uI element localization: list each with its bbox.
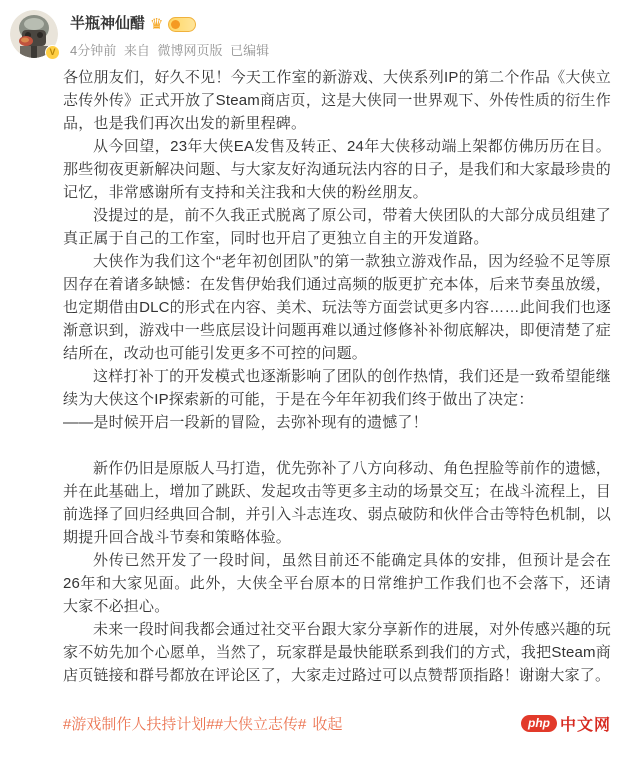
post-header: V 半瓶神仙醋 ♛ 4分钟前 来自 微博网页版 已编辑 <box>10 10 608 59</box>
post-paragraph: 没提过的是，前不久我正式脱离了原公司，带着大侠团队的大部分成员组建了真正属于自己… <box>63 204 611 250</box>
post-paragraph: 这样打补丁的开发模式也逐渐影响了团队的创作热情，我们还是一致希望能继续为大侠这个… <box>63 365 611 411</box>
hashtag-row: #游戏制作人扶持计划##大侠立志传#收起 <box>63 713 342 734</box>
post-meta: 4分钟前 来自 微博网页版 已编辑 <box>70 40 273 59</box>
post-paragraph: 从今回望，23年大侠EA发售及转正、24年大侠移动端上架都仿佛历历在目。那些彻夜… <box>63 135 611 204</box>
post-paragraph: ——是时候开启一段新的冒险，去弥补现有的遗憾了！ <box>63 411 611 434</box>
vip-level-badge-icon[interactable] <box>168 17 196 32</box>
timestamp[interactable]: 4分钟前 <box>70 43 116 58</box>
header-main: 半瓶神仙醋 ♛ 4分钟前 来自 微博网页版 已编辑 <box>70 10 273 59</box>
post-source[interactable]: 微博网页版 <box>158 43 223 58</box>
weibo-post-card: V 半瓶神仙醋 ♛ 4分钟前 来自 微博网页版 已编辑 各位朋友们，好久不见！今… <box>0 0 622 735</box>
php-cn-watermark: php 中文网 <box>521 712 611 735</box>
hashtag-link[interactable]: #游戏制作人扶持计划# <box>63 716 215 733</box>
edited-label: 已编辑 <box>230 43 269 58</box>
crown-icon: ♛ <box>150 17 163 32</box>
php-logo-icon: php <box>521 715 557 732</box>
post-paragraph: 新作仍旧是原版人马打造，优先弥补了八方向移动、角色捏脸等前作的遗憾，并在此基础上… <box>63 457 611 549</box>
verified-badge-icon: V <box>45 45 60 60</box>
post-paragraph: 大侠作为我们这个“老年初创团队”的第一款独立游戏作品，因为经验不足等原因存在着诸… <box>63 250 611 365</box>
post-paragraph: 外传已然开发了一段时间，虽然目前还不能确定具体的安排，但预计是会在26年和大家见… <box>63 549 611 618</box>
post-paragraph: 各位朋友们，好久不见！今天工作室的新游戏、大侠系列IP的第二个作品《大侠立志传外… <box>63 66 611 135</box>
collapse-link[interactable]: 收起 <box>312 716 342 733</box>
watermark-site-name: 中文网 <box>560 712 611 735</box>
post-body: 各位朋友们，好久不见！今天工作室的新游戏、大侠系列IP的第二个作品《大侠立志传外… <box>63 66 611 687</box>
username[interactable]: 半瓶神仙醋 <box>70 14 145 34</box>
post-paragraph: 未来一段时间我都会通过社交平台跟大家分享新作的进展，对外传感兴趣的玩家不妨先加个… <box>63 618 611 687</box>
meta-from-label: 来自 <box>124 43 150 58</box>
avatar[interactable]: V <box>10 10 58 58</box>
hashtag-link[interactable]: #大侠立志传# <box>215 716 307 733</box>
post-footer: #游戏制作人扶持计划##大侠立志传#收起 php 中文网 <box>63 712 611 735</box>
